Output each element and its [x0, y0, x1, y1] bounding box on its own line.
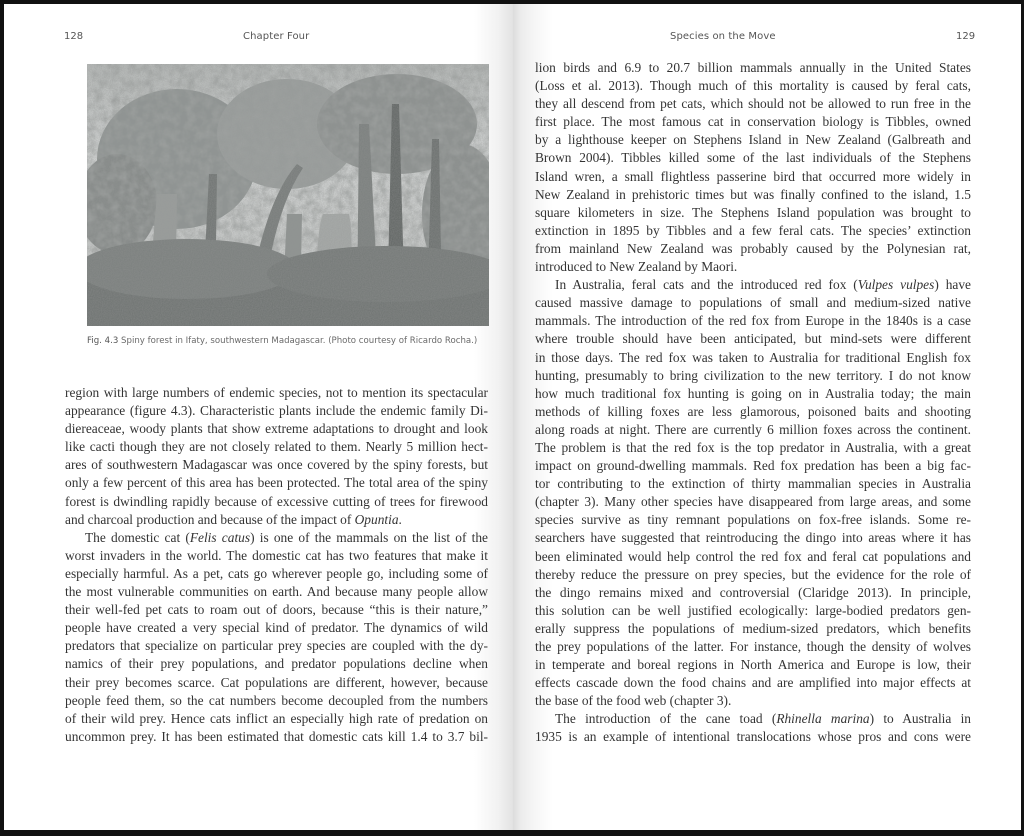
text-line: mammals. The introduction of the red fox…: [535, 312, 971, 330]
text-line: effects cascade down the food chains and…: [535, 674, 971, 692]
text-line: methods of killing foxes are less glamor…: [535, 403, 971, 421]
text-line: extinction in 1895 by Tibbles and a few …: [535, 222, 971, 240]
text-line: namics of their prey populations, and pr…: [65, 655, 488, 673]
text-line: introduced to New Zealand by Maori.: [535, 258, 971, 276]
text-line: their prey becomes scarce. Cat populatio…: [65, 674, 488, 692]
figure-label: Fig. 4.3: [87, 336, 118, 346]
text-line: been eliminated would help control the r…: [535, 548, 971, 566]
text-line: appearance (figure 4.3). Characteristic …: [65, 402, 488, 420]
text-line: by a lighthouse keeper on Stephens Islan…: [535, 131, 971, 149]
book-spread: 128 Chapter Four: [4, 4, 1021, 830]
text-line: Island wren, a small flightless passerin…: [535, 168, 971, 186]
text-line: The introduction of the cane toad (Rhine…: [535, 710, 971, 728]
text-line: how much traditional fox hunting is goin…: [535, 385, 971, 403]
figure-photo-spiny-forest: [87, 64, 489, 326]
figure-caption: Fig. 4.3 Spiny forest in Ifaty, southwes…: [87, 336, 507, 346]
text-line: thereby reduce the pressure on prey spec…: [535, 566, 971, 584]
text-line: the prey populations of the latter. For …: [535, 638, 971, 656]
text-line: square kilometers in size. The Stephens …: [535, 204, 971, 222]
text-line: from mainland New Zealand was probably c…: [535, 240, 971, 258]
text-line: Brown 2004). Tibbles killed some of the …: [535, 149, 971, 167]
species-name-italic: Opuntia: [355, 512, 399, 527]
text-line: searchers have suggested that reintroduc…: [535, 529, 971, 547]
figure-caption-text: Spiny forest in Ifaty, southwestern Mada…: [118, 336, 477, 346]
text-line: where trouble should have been anticipat…: [535, 330, 971, 348]
text-line: 1935 is an example of intentional transl…: [535, 728, 971, 746]
text-line: diereaceae, woody plants that show extre…: [65, 420, 488, 438]
text-line: The domestic cat (Felis catus) is one of…: [65, 529, 488, 547]
text-line: impact on ground-dwelling mammals. Red f…: [535, 457, 971, 475]
text-line: they all descend from pet cats, which sh…: [535, 95, 971, 113]
text-line: the most vulnerable communities on earth…: [65, 583, 488, 601]
text-line: The problem is that the red fox is the t…: [535, 439, 971, 457]
text-line: predators that specialize on particular …: [65, 637, 488, 655]
text-line: (Loss et al. 2013). Though much of this …: [535, 77, 971, 95]
text-line: first place. The most famous cat in cons…: [535, 113, 971, 131]
right-page: Species on the Move 129 lion birds and 6…: [513, 4, 1021, 830]
text-line: the base of the food web (chapter 3).: [535, 692, 971, 710]
text-line: along roads at night. There are currentl…: [535, 421, 971, 439]
text-line: caused massive damage to populations of …: [535, 294, 971, 312]
page-number-right: 129: [956, 31, 975, 42]
text-line: In Australia, feral cats and the introdu…: [535, 276, 971, 294]
running-head-right: Species on the Move: [670, 31, 776, 42]
text-line: ares of southwestern Madagascar was once…: [65, 456, 488, 474]
text-line: like cacti though they are not closely r…: [65, 438, 488, 456]
text-line: in temperate and boreal regions in North…: [535, 656, 971, 674]
text-line: in those days. The red fox was taken to …: [535, 349, 971, 367]
text-line: people have created a very special kind …: [65, 619, 488, 637]
text-line: forest is dwindling rapidly because of e…: [65, 493, 488, 511]
page-number-left: 128: [64, 31, 83, 42]
text-line: worst invaders in the world. The domesti…: [65, 547, 488, 565]
text-line: people feed them, so the cat numbers bec…: [65, 692, 488, 710]
species-name-italic: Rhinella marina: [776, 711, 869, 726]
text-line: this solution can be well justified ecol…: [535, 602, 971, 620]
text-line: erally suppress the populations of mediu…: [535, 620, 971, 638]
text-line: of their wild prey. Hence cats inflict a…: [65, 710, 488, 728]
left-page-body-text: region with large numbers of endemic spe…: [65, 384, 488, 746]
text-line: species survive as tiny remnant populati…: [535, 511, 971, 529]
text-line: tor contributing to the extinction of th…: [535, 475, 971, 493]
text-line: the dingo remains mixed and controversia…: [535, 584, 971, 602]
text-line: and charcoal production and because of t…: [65, 511, 488, 529]
text-line: hunting, presumably to bring civilizatio…: [535, 367, 971, 385]
species-name-italic: Felis catus: [190, 530, 250, 545]
text-line: lion birds and 6.9 to 20.7 billion mamma…: [535, 59, 971, 77]
right-page-body-text: lion birds and 6.9 to 20.7 billion mamma…: [535, 59, 971, 747]
spiny-forest-photo-icon: [87, 64, 489, 326]
text-line: region with large numbers of endemic spe…: [65, 384, 488, 402]
species-name-italic: Vulpes vulpes: [858, 277, 935, 292]
text-line: uncommon prey. It has been estimated tha…: [65, 728, 488, 746]
text-line: especially harmful. As a pet, cats go wh…: [65, 565, 488, 583]
running-head-left: Chapter Four: [243, 31, 309, 42]
text-line: New Zealand in prehistoric times but was…: [535, 186, 971, 204]
text-line: only a few percent of this area has been…: [65, 474, 488, 492]
text-line: (chapter 3). Many other species have dis…: [535, 493, 971, 511]
text-line: their well-fed pet cats to roam out of d…: [65, 601, 488, 619]
left-page: 128 Chapter Four: [4, 4, 513, 830]
